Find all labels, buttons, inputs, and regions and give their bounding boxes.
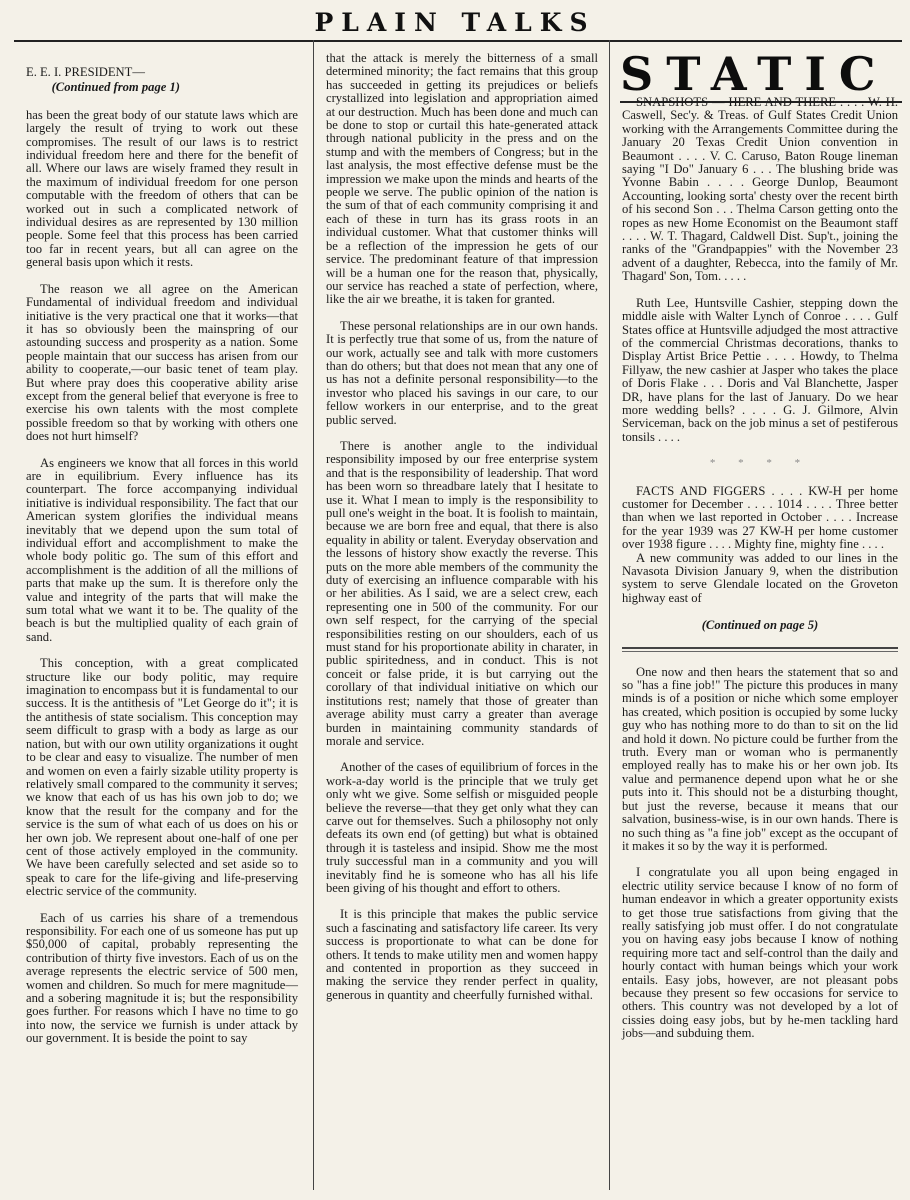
column-divider-1 — [313, 40, 314, 1190]
snapshot-paragraph: SNAPSHOTS — HERE AND THERE . . . . W. H.… — [622, 96, 898, 284]
column-3-static: SNAPSHOTS — HERE AND THERE . . . . W. H.… — [622, 96, 898, 1054]
paragraph: that the attack is merely the bitterness… — [326, 52, 598, 307]
paragraph: It is this principle that makes the publ… — [326, 908, 598, 1002]
column-2-article: that the attack is merely the bitterness… — [326, 52, 598, 1015]
snapshot-paragraph: Ruth Lee, Huntsville Cashier, stepping d… — [622, 297, 898, 444]
paragraph: There is another angle to the individual… — [326, 440, 598, 748]
section-separator: * * * * — [622, 457, 898, 470]
masthead-rule — [14, 40, 902, 42]
column-divider-2 — [609, 40, 610, 1190]
facts-paragraph: A new community was added to our lines i… — [622, 552, 898, 606]
paragraph: Another of the cases of equilibrium of f… — [326, 761, 598, 895]
paragraph: has been the great body of our statute l… — [26, 109, 298, 270]
masthead: PLAIN TALKS — [0, 8, 910, 37]
continued-on-note: (Continued on page 5) — [622, 619, 898, 632]
paragraph: These personal relationships are in our … — [326, 320, 598, 427]
facts-paragraph: FACTS AND FIGGERS . . . . KW-H per home … — [622, 485, 898, 552]
essay-paragraph: One now and then hears the statement tha… — [622, 666, 898, 854]
static-section-title: STATIC — [620, 48, 902, 100]
paragraph: Each of us carries his share of a tremen… — [26, 912, 298, 1046]
article-headline: E. E. I. PRESIDENT— — [26, 66, 298, 79]
paragraph: This conception, with a great complicate… — [26, 657, 298, 898]
paragraph: As engineers we know that all forces in … — [26, 457, 298, 645]
column-1-article: E. E. I. PRESIDENT— (Continued from page… — [26, 66, 298, 1059]
essay-paragraph: I congratulate you all upon being engage… — [622, 866, 898, 1040]
continued-from-note: (Continued from page 1) — [26, 81, 298, 94]
paragraph: The reason we all agree on the American … — [26, 283, 298, 444]
section-double-rule — [622, 647, 898, 652]
